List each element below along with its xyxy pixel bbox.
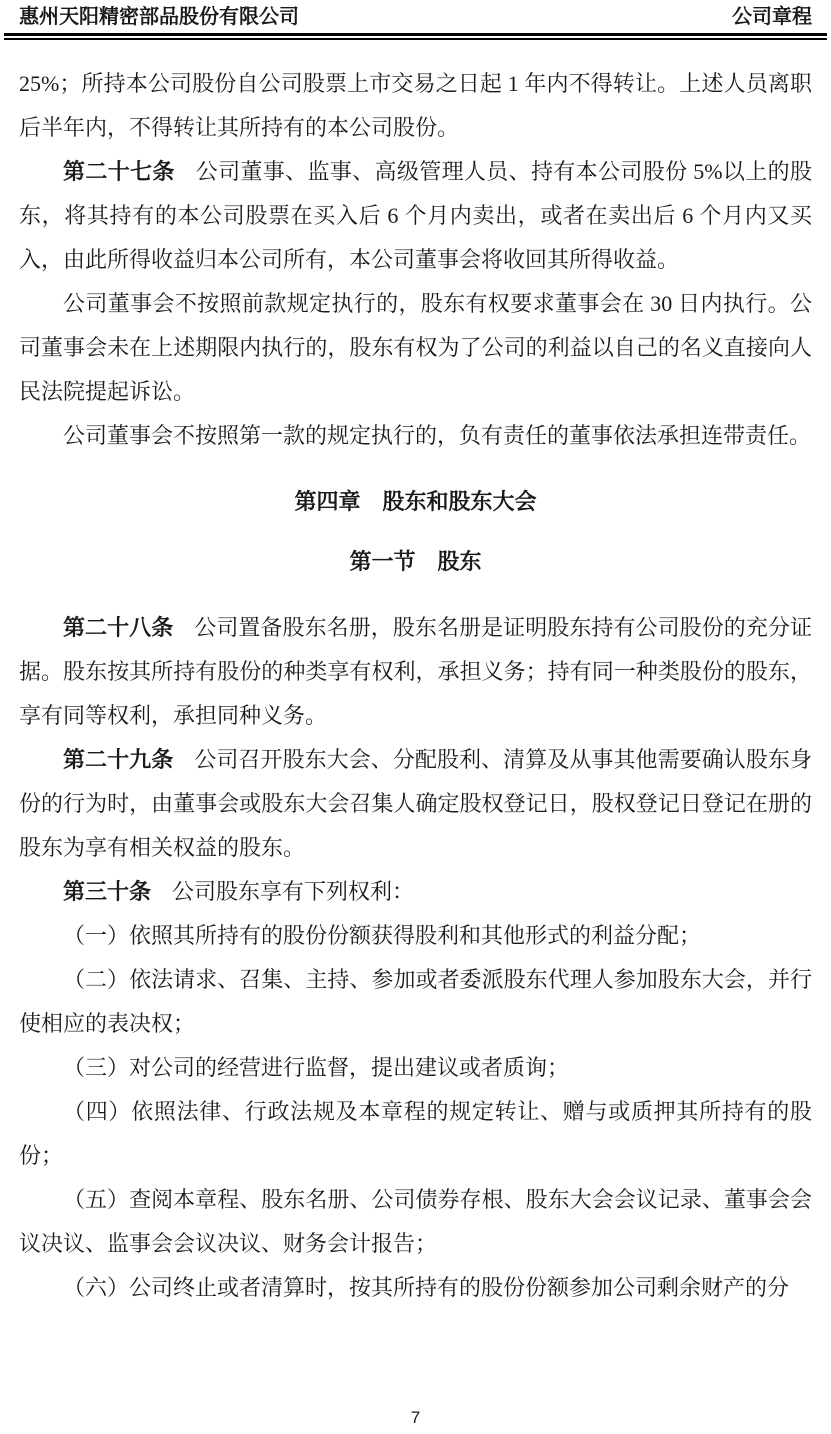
paragraph-director-liability: 公司董事会不按照第一款的规定执行的，负有责任的董事依法承担连带责任。	[19, 414, 812, 458]
rights-item-1: （一）依照其所持有的股份份额获得股利和其他形式的利益分配；	[19, 914, 812, 958]
article-28-paragraph: 第二十八条公司置备股东名册，股东名册是证明股东持有公司股份的充分证据。股东按其所…	[19, 606, 812, 738]
header-doc-title: 公司章程	[732, 5, 812, 29]
paragraph-continuation: 25%；所持本公司股份自公司股票上市交易之日起 1 年内不得转让。上述人员离职后…	[19, 62, 812, 150]
article-30-paragraph: 第三十条公司股东享有下列权利：	[19, 870, 812, 914]
article-27-paragraph: 第二十七条公司董事、监事、高级管理人员、持有本公司股份 5%以上的股东，将其持有…	[19, 150, 812, 282]
page-header: 惠州天阳精密部品股份有限公司 公司章程	[0, 0, 831, 29]
page-footer: 7	[0, 1407, 831, 1429]
article-27-number: 第二十七条	[63, 159, 175, 184]
rights-item-5: （五）查阅本章程、股东名册、公司债券存根、股东大会会议记录、董事会会议决议、监事…	[19, 1178, 812, 1266]
article-30-number: 第三十条	[63, 879, 151, 904]
header-divider-rule	[4, 33, 827, 40]
rights-item-6: （六）公司终止或者清算时，按其所持有的股份份额参加公司剩余财产的分	[19, 1266, 812, 1310]
section-1-heading: 第一节 股东	[19, 540, 812, 584]
rights-item-2: （二）依法请求、召集、主持、参加或者委派股东代理人参加股东大会，并行使相应的表决…	[19, 958, 812, 1046]
document-page: 惠州天阳精密部品股份有限公司 公司章程 25%；所持本公司股份自公司股票上市交易…	[0, 0, 831, 1434]
page-number: 7	[411, 1408, 420, 1427]
header-company-name: 惠州天阳精密部品股份有限公司	[19, 5, 299, 29]
paragraph-board-30-days: 公司董事会不按照前款规定执行的，股东有权要求董事会在 30 日内执行。公司董事会…	[19, 282, 812, 414]
article-30-text: 公司股东享有下列权利：	[172, 879, 414, 904]
chapter-4-heading: 第四章 股东和股东大会	[19, 480, 812, 524]
article-28-number: 第二十八条	[63, 615, 173, 640]
article-29-paragraph: 第二十九条公司召开股东大会、分配股利、清算及从事其他需要确认股东身份的行为时，由…	[19, 738, 812, 870]
document-body: 25%；所持本公司股份自公司股票上市交易之日起 1 年内不得转让。上述人员离职后…	[0, 40, 831, 1310]
rights-item-4: （四）依照法律、行政法规及本章程的规定转让、赠与或质押其所持有的股份；	[19, 1090, 812, 1178]
article-29-number: 第二十九条	[63, 747, 173, 772]
rights-item-3: （三）对公司的经营进行监督，提出建议或者质询；	[19, 1046, 812, 1090]
